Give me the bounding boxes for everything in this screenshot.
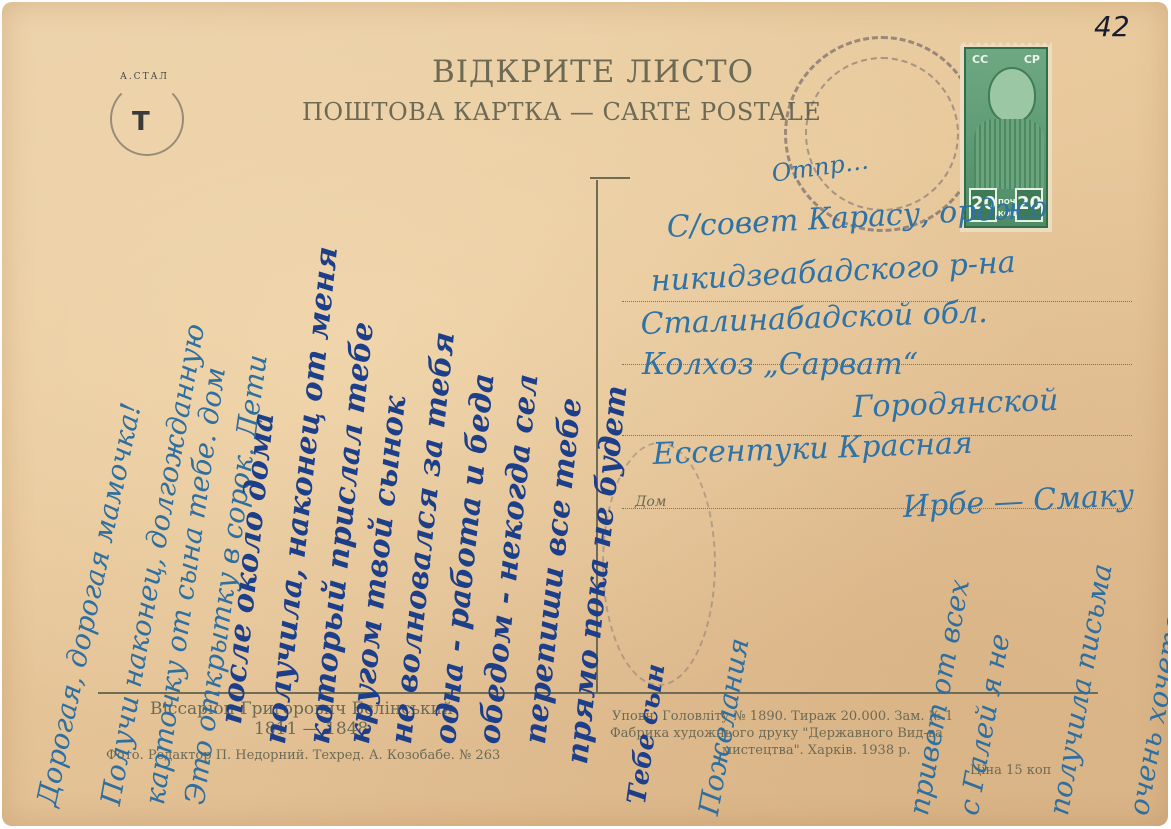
handwritten-address-line: Ессентуки Красная — [652, 426, 973, 472]
handwritten-address-line: Ирбе — Смаку — [902, 478, 1135, 525]
postcard: 42 А.СТАЛ T ВІДКРИТЕ ЛИСТО ПОШТОВА КАРТК… — [2, 2, 1168, 826]
handwritten-address-line: Колхоз „Сарват“ — [642, 347, 918, 382]
header-line2: ПОШТОВА КАРТКА — CARTE POSTALE — [302, 98, 821, 126]
stamp-country-left: СС — [972, 53, 988, 66]
handwritten-address-line: никидзеабадского р-на — [650, 245, 1016, 299]
hammer-sickle-icon: T — [132, 107, 150, 137]
worker-portrait-icon — [988, 67, 1036, 123]
stamp-figure — [974, 119, 1044, 189]
handwritten-message-line: очень хочется — [1122, 595, 1168, 818]
handwritten-message-line: получила письма — [1042, 561, 1119, 818]
divider — [590, 177, 630, 179]
page-number: 42 — [1094, 10, 1130, 43]
header-line1: ВІДКРИТЕ ЛИСТО — [432, 54, 754, 90]
stamp-country-right: СР — [1024, 53, 1040, 66]
address-field-label: Дом — [635, 494, 666, 510]
handwritten-address-line: Городянской — [852, 383, 1059, 425]
emblem-text: А.СТАЛ — [120, 72, 169, 82]
publisher-line: мистецтва". Харків. 1938 р. — [722, 743, 911, 758]
